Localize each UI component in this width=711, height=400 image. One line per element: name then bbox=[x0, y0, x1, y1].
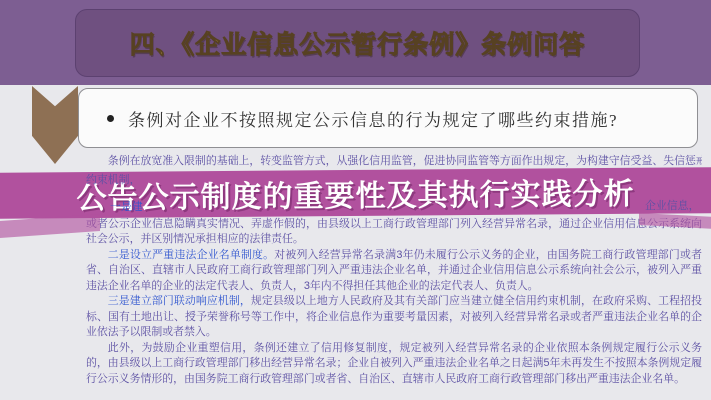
paragraph-lead: 三是建立部门联动响应机制， bbox=[108, 295, 251, 307]
paragraph-text: 此外，为鼓励企业重塑信用，条例还建立了信用修复制度，规定被列入经营异常名录的企业… bbox=[86, 342, 702, 385]
header-title-panel: 四、《企业信息公示暂行条例》条例问答 bbox=[75, 9, 640, 77]
text-fragment-left-mid: 一是建 bbox=[110, 198, 143, 214]
chevron-down-ribbon-icon bbox=[32, 86, 78, 164]
paragraph: 或者公示企业信息隐瞒真实情况、弄虚作假的，由县级以上工商行政管理部门列入经营异常… bbox=[86, 217, 702, 248]
question-box: 条例对企业不按照规定公示信息的行为规定了哪些约束措施? bbox=[78, 88, 698, 148]
paragraph-text: 或者公示企业信息隐瞒真实情况、弄虚作假的，由县级以上工商行政管理部门列入经营异常… bbox=[86, 218, 702, 245]
question-text: 条例对企业不按照规定公示信息的行为规定了哪些约束措施? bbox=[128, 106, 618, 131]
paragraph: 二是设立严重违法企业名单制度。对被列入经营异常名录满3年仍未履行公示义务的企业，… bbox=[86, 248, 702, 294]
body-text: 或者公示企业信息隐瞒真实情况、弄虚作假的，由县级以上工商行政管理部门列入经营异常… bbox=[86, 217, 702, 387]
page-title: 四、《企业信息公示暂行条例》条例问答 bbox=[130, 25, 586, 61]
paragraph: 此外，为鼓励企业重塑信用，条例还建立了信用修复制度，规定被列入经营异常名录的企业… bbox=[86, 341, 702, 387]
bullet-icon bbox=[107, 115, 114, 122]
paragraph-lead: 二是设立严重违法企业名单制度。 bbox=[108, 249, 274, 261]
header-banner: 四、《企业信息公示暂行条例》条例问答 bbox=[0, 0, 711, 85]
text-fragment-left-top: 约束机制， bbox=[86, 171, 140, 187]
overlay-banner-title: 公告公示制度的重要性及其执行实践分析 bbox=[76, 169, 634, 217]
paragraph: 三是建立部门联动响应机制，规定县级以上地方人民政府及其有关部门应当建立健全信用约… bbox=[86, 294, 702, 340]
text-fragment-right-mid: 企业信息， bbox=[645, 197, 699, 213]
slide: 四、《企业信息公示暂行条例》条例问答 条例对企业不按照规定公示信息的行为规定了哪… bbox=[0, 0, 711, 400]
